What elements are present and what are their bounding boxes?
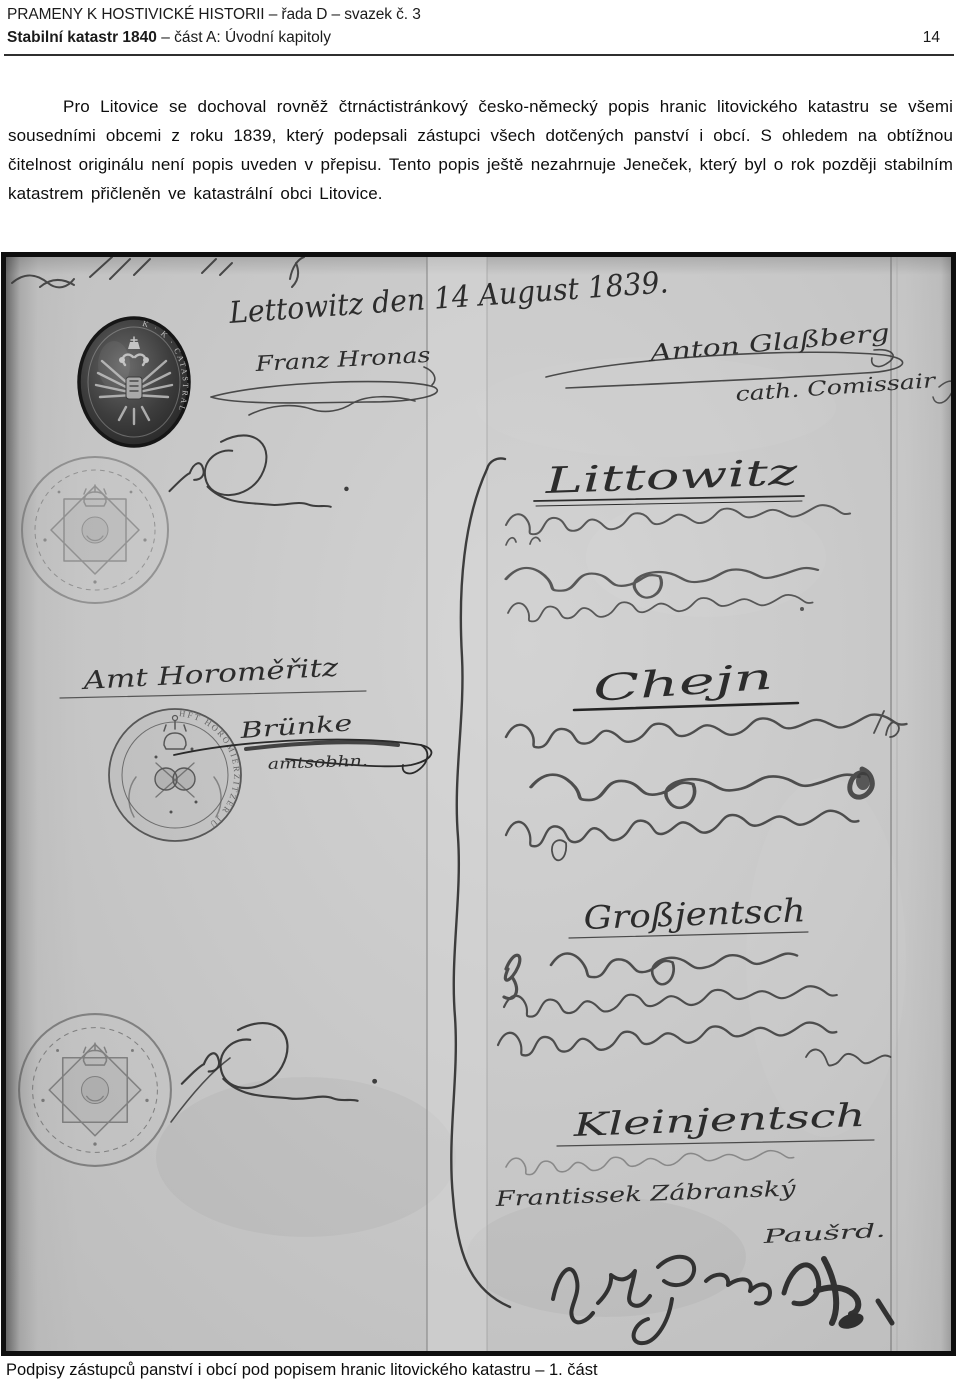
comissair-end-flourish <box>933 381 951 403</box>
top-edge-scribbles <box>12 257 304 287</box>
header-series-line: PRAMENY K HOSTIVICKÉ HISTORII – řada D –… <box>7 6 421 24</box>
loop-signature-top <box>169 435 348 506</box>
imperial-eagle-seal: K · K · CATASTRAL <box>79 318 190 446</box>
heading-grossjentsch: Großjentsch <box>583 891 806 937</box>
title-amtsobhn: amtsobhn. <box>268 752 369 773</box>
right-margin-ruled-line <box>891 257 897 1351</box>
header-divider-rule <box>4 54 954 56</box>
document-scan: Lettowitz den 14 August 1839. Franz Hron… <box>1 252 956 1356</box>
page-number: 14 <box>923 29 940 47</box>
hronas-flourish <box>211 367 437 415</box>
kleinjentsch-signature-rows <box>506 1151 794 1175</box>
title-pausrd: Paušrd. <box>761 1220 886 1248</box>
heading-amt-office: Amt Horoměřitz <box>80 653 340 695</box>
heading-littowitz: Littowitz <box>543 452 799 502</box>
header-volume-title: Stabilní katastr 1840 <box>7 29 157 46</box>
figure-caption: Podpisy zástupců panství i obcí pod popi… <box>6 1361 598 1380</box>
official-round-seal-bottom <box>19 1014 171 1166</box>
heading-kleinjentsch: Kleinjentsch <box>572 1096 867 1144</box>
body-paragraph: Pro Litovice se dochoval rovněž čtrnácti… <box>8 92 953 208</box>
official-round-seal-top <box>22 457 168 603</box>
header-volume-subtitle: – část A: Úvodní kapitoly <box>157 29 331 46</box>
horomierzitz-office-seal: HFT HOROMIERZITZER JU <box>109 708 242 841</box>
signature-anton-glassberg: Anton Glaßberg <box>647 320 891 367</box>
signature-franz-hronas: Franz Hronas <box>254 343 431 376</box>
heading-chejn: Chejn <box>592 657 774 710</box>
header-volume-line: Stabilní katastr 1840 – část A: Úvodní k… <box>7 29 331 47</box>
